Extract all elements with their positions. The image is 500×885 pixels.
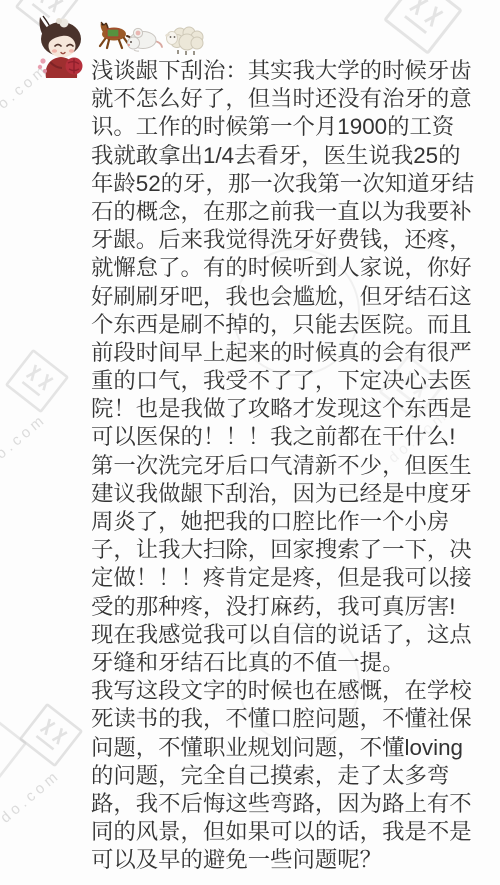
- post-text-line: 重的口气，我受不了了，下定决心去医: [91, 367, 483, 395]
- post-text-line: 牙龈。后来我觉得洗牙好费钱，还疼，: [91, 226, 483, 254]
- post-text-line: 问题，不懂职业规划问题，不懂loving: [91, 734, 483, 762]
- post-text-line: 周炎了，她把我的口腔比作一个小房: [91, 508, 483, 536]
- watermark-net-icon: [2, 346, 72, 416]
- post-text: 浅谈龈下刮治：其实我大学的时候牙齿 就不怎么好了，但当时还没有治牙的意 识。工作…: [91, 57, 483, 874]
- post-text-line: 现在我感觉我可以自信的说话了，这点: [91, 621, 483, 649]
- post-text-line: 我写这段文字的时候也在感慨，在学校: [91, 677, 483, 705]
- post-text-line: 子，让我大扫除，回家搜索了一下，决: [91, 536, 483, 564]
- watermark-domain-text: do.com: [0, 410, 50, 470]
- avatar[interactable]: [30, 14, 90, 82]
- post-text-line: 同的风景，但如果可以的话，我是不是: [91, 818, 483, 846]
- watermark-net-icon: [0, 712, 30, 782]
- post-text-line: 就懈怠了。有的时候听到人家说，你好: [91, 254, 483, 282]
- post-text-line: 第一次洗完牙后口气清新不少，但医生: [91, 452, 483, 480]
- post-text-line: 可以医保的！！！我之前都在干什么!: [91, 423, 483, 451]
- post-text-line: 年龄52的牙，那一次我第一次知道牙结: [91, 170, 483, 198]
- post-text-line: 个东西是刷不掉的，只能去医院。而且: [91, 311, 483, 339]
- post-text-line: 定做！！！疼肯定是疼，但是我可以接: [91, 564, 483, 592]
- post-text-line: 就不怎么好了，但当时还没有治牙的意: [91, 85, 483, 113]
- post-screenshot: { "colors": { "background": "#fdfdfd", "…: [0, 0, 500, 885]
- watermark-domain-text: do.com: [0, 766, 64, 826]
- mouse-emoji-icon: [126, 24, 164, 59]
- post-text-line: 死读书的我，不懂口腔问题，不懂社保: [91, 705, 483, 733]
- watermark-net-icon: [16, 700, 86, 770]
- post-text-line: 的问题，完全自己摸索，走了太多弯: [91, 762, 483, 790]
- post-text-line: 我就敢拿出1/4去看牙，医生说我25的: [91, 142, 483, 170]
- post-text-line: 可以及早的避免一些问题呢？: [91, 846, 483, 874]
- post-text-line: 石的概念，在那之前我一直以为我要补: [91, 198, 483, 226]
- watermark-net-icon: [379, 0, 466, 59]
- post-text-line: 受的那种疼，没打麻药，我可真厉害!: [91, 593, 483, 621]
- post-text-line: 牙缝和牙结石比真的不值一提。: [91, 649, 483, 677]
- post-text-line: 前段时间早上起来的时候真的会有很严: [91, 339, 483, 367]
- post-text-line: 识。工作的时候第一个月1900的工资: [91, 113, 483, 141]
- post-text-line: 浅谈龈下刮治：其实我大学的时候牙齿: [91, 57, 483, 85]
- sheep-emoji-icon: [164, 25, 206, 60]
- post-text-line: 好刷刷牙吧，我也会尴尬，但牙结石这: [91, 283, 483, 311]
- post-text-line: 院！也是我做了攻略才发现这个东西是: [91, 395, 483, 423]
- post-text-line: 路，我不后悔这些弯路，因为路上有不: [91, 790, 483, 818]
- post-text-line: 建议我做龈下刮治，因为已经是中度牙: [91, 480, 483, 508]
